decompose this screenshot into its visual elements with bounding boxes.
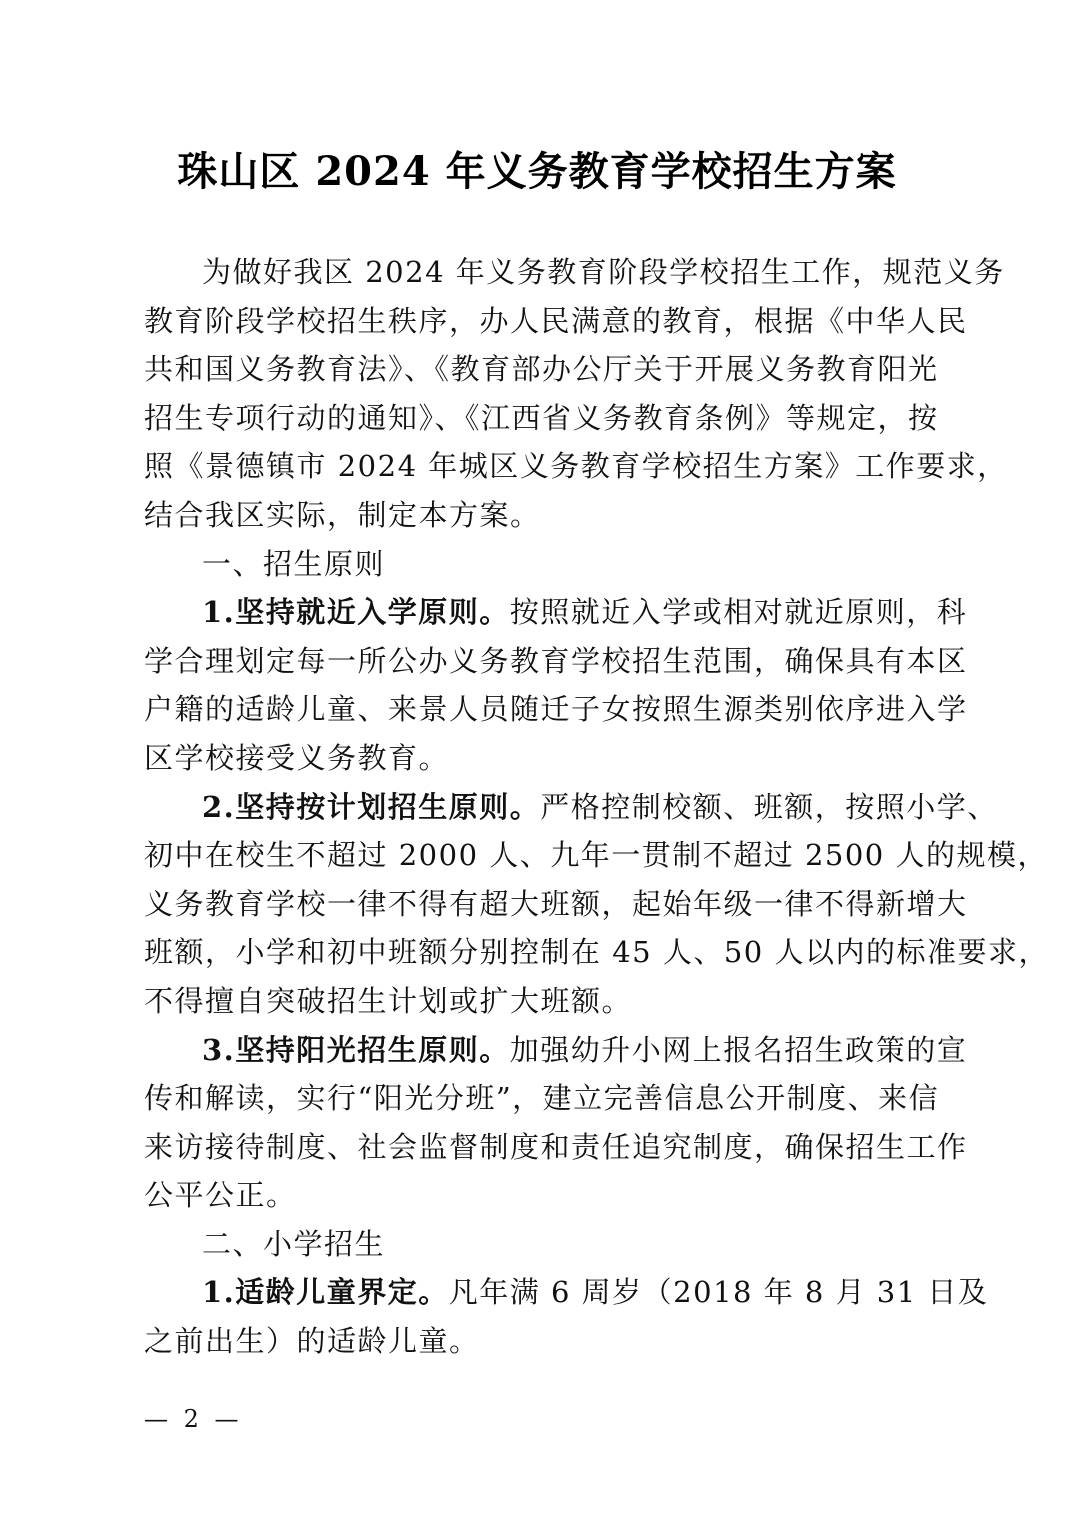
item-lead: 2.坚持按计划招生原则。	[202, 790, 540, 824]
principle-item-1: 1.坚持就近入学原则。按照就近入学或相对就近原则，科 学合理划定每一所公办义务教…	[144, 588, 934, 782]
section-heading-enrollment-principles: 一、招生原则	[144, 540, 934, 589]
text-line: 结合我区实际，制定本方案。	[144, 491, 934, 540]
item-lead: 1.适龄儿童界定。	[202, 1275, 449, 1309]
text-line: 区学校接受义务教育。	[144, 734, 934, 783]
section-heading-primary-enrollment: 二、小学招生	[144, 1220, 934, 1269]
item-text: 按照就近入学或相对就近原则，科	[510, 595, 968, 629]
text-line: 1.坚持就近入学原则。按照就近入学或相对就近原则，科	[144, 588, 934, 637]
intro-paragraph: 为做好我区 2024 年义务教育阶段学校招生工作，规范义务 教育阶段学校招生秩序…	[144, 248, 934, 540]
text-line: 2.坚持按计划招生原则。严格控制校额、班额，按照小学、	[144, 783, 934, 832]
primary-item-1: 1.适龄儿童界定。凡年满 6 周岁（2018 年 8 月 31 日及 之前出生）…	[144, 1268, 934, 1365]
text-line: 来访接待制度、社会监督制度和责任追究制度，确保招生工作	[144, 1123, 934, 1172]
text-line: 公平公正。	[144, 1171, 934, 1220]
text-line: 为做好我区 2024 年义务教育阶段学校招生工作，规范义务	[144, 248, 934, 297]
text-line: 传和解读，实行“阳光分班”，建立完善信息公开制度、来信	[144, 1074, 934, 1123]
text-line: 班额，小学和初中班额分别控制在 45 人、50 人以内的标准要求，	[144, 928, 934, 977]
principle-item-2: 2.坚持按计划招生原则。严格控制校额、班额，按照小学、 初中在校生不超过 200…	[144, 783, 934, 1026]
item-text: 加强幼升小网上报名招生政策的宣	[510, 1033, 968, 1067]
text-line: 不得擅自突破招生计划或扩大班额。	[144, 977, 934, 1026]
document-body: 为做好我区 2024 年义务教育阶段学校招生工作，规范义务 教育阶段学校招生秩序…	[144, 248, 934, 1366]
document-title: 珠山区 2024 年义务教育学校招生方案	[0, 146, 1074, 198]
text-line: 户籍的适龄儿童、来景人员随迁子女按照生源类别依序进入学	[144, 685, 934, 734]
text-line: 照《景德镇市 2024 年城区义务教育学校招生方案》工作要求，	[144, 442, 934, 491]
text-line: 之前出生）的适龄儿童。	[144, 1317, 934, 1366]
page-number: — 2 —	[144, 1404, 243, 1434]
item-lead: 3.坚持阳光招生原则。	[202, 1033, 510, 1067]
text-line: 义务教育学校一律不得有超大班额，起始年级一律不得新增大	[144, 880, 934, 929]
item-lead: 1.坚持就近入学原则。	[202, 595, 510, 629]
text-line: 招生专项行动的通知》、《江西省义务教育条例》等规定，按	[144, 394, 934, 443]
text-line: 共和国义务教育法》、《教育部办公厅关于开展义务教育阳光	[144, 345, 934, 394]
text-line: 初中在校生不超过 2000 人、九年一贯制不超过 2500 人的规模，	[144, 831, 934, 880]
text-line: 3.坚持阳光招生原则。加强幼升小网上报名招生政策的宣	[144, 1026, 934, 1075]
item-text: 严格控制校额、班额，按照小学、	[540, 790, 998, 824]
text-line: 学合理划定每一所公办义务教育学校招生范围，确保具有本区	[144, 637, 934, 686]
item-text: 凡年满 6 周岁（2018 年 8 月 31 日及	[449, 1275, 989, 1309]
document-page: 珠山区 2024 年义务教育学校招生方案 为做好我区 2024 年义务教育阶段学…	[0, 0, 1074, 1520]
text-line: 教育阶段学校招生秩序，办人民满意的教育，根据《中华人民	[144, 297, 934, 346]
principle-item-3: 3.坚持阳光招生原则。加强幼升小网上报名招生政策的宣 传和解读，实行“阳光分班”…	[144, 1026, 934, 1220]
text-line: 1.适龄儿童界定。凡年满 6 周岁（2018 年 8 月 31 日及	[144, 1268, 934, 1317]
